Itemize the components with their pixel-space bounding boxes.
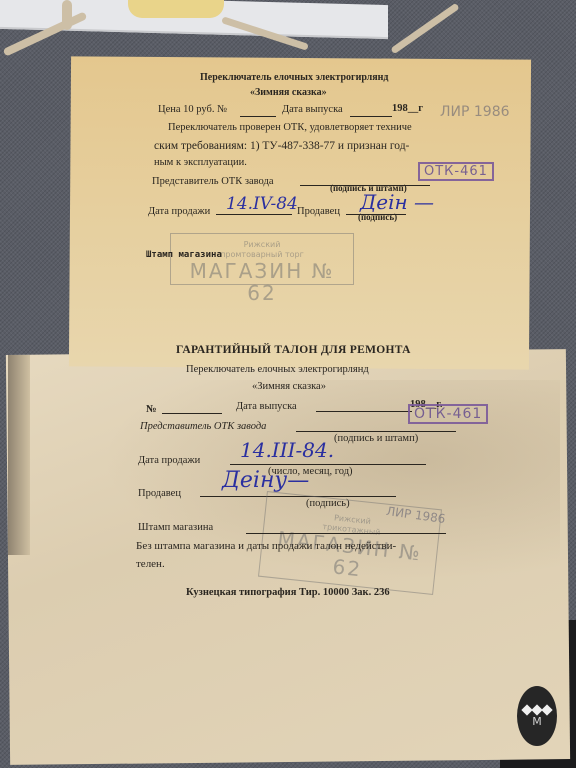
release-date-field (350, 116, 392, 117)
number-field (162, 413, 222, 414)
signature-stamp-hint: (подпись и штамп) (334, 433, 418, 444)
validity-text-1: Без штампа магазина и даты продажи талон… (136, 540, 396, 552)
diamond-icon (522, 705, 552, 715)
store-stamp-line3: МАГАЗИН № 62 (171, 260, 353, 304)
otk-stamp: ОТК-461 (418, 162, 494, 181)
seller-label: Продавец (297, 206, 340, 217)
inspection-text-1: Переключатель проверен ОТК, удовлетворяе… (168, 122, 412, 133)
inspection-text-3: ным к эксплуатации. (154, 157, 247, 168)
sale-date-field (216, 214, 292, 215)
watermark-logo: M (517, 686, 557, 746)
sale-date-label: Дата продажи (148, 206, 210, 217)
number-field (240, 116, 276, 117)
handwritten-seller-signature: Деін — (360, 190, 434, 214)
warranty-title: ГАРАНТИЙНЫЙ ТАЛОН ДЛЯ РЕМОНТА (176, 344, 411, 356)
release-date-label: Дата выпуска (236, 401, 297, 412)
yellow-plug (128, 0, 224, 18)
year-suffix: 198__г (392, 103, 423, 114)
inspection-text-2: ским требованиям: 1) ТУ-487-338-77 и при… (154, 140, 409, 152)
handwritten-sale-date: 14.IV-84 (226, 194, 298, 214)
seller-label: Продавец (138, 488, 181, 499)
price-label: Цена 10 руб. № (158, 104, 227, 115)
store-stamp-field (246, 533, 446, 534)
number-label: № (146, 404, 157, 415)
release-date-field (316, 411, 412, 412)
paper-fold-edge (8, 355, 30, 555)
otk-rep-label: Представитель ОТК завода (140, 421, 266, 432)
watermark-letter: M (532, 715, 542, 728)
product-name: Переключатель елочных электрогирлянд (186, 364, 369, 375)
otk-rep-label: Представитель ОТК завода (152, 176, 273, 187)
cable (62, 0, 72, 30)
store-stamp-label: Штамп магазина (138, 522, 213, 533)
pencil-note: ЛИР 1986 (440, 104, 510, 120)
otk-signature-field (296, 431, 456, 432)
handwritten-sale-date: 14.III-84. (240, 438, 334, 462)
handwritten-seller-signature: Деіну— (222, 468, 309, 493)
otk-stamp: ОТК-461 (408, 404, 488, 424)
product-name: Переключатель елочных электрогирлянд (200, 72, 388, 83)
product-model: «Зимняя сказка» (252, 381, 326, 392)
sale-date-field (230, 464, 426, 465)
release-date-label: Дата выпуска (282, 104, 343, 115)
store-stamp-label: Штамп магазина (146, 250, 222, 260)
printer-info: Кузнецкая типография Тир. 10000 Зак. 236 (186, 587, 390, 598)
cable (390, 3, 460, 55)
store-stamp-line1: Рижский (171, 240, 353, 250)
product-model: «Зимняя сказка» (250, 87, 327, 98)
validity-text-2: телен. (136, 558, 165, 570)
sale-date-label: Дата продажи (138, 455, 200, 466)
